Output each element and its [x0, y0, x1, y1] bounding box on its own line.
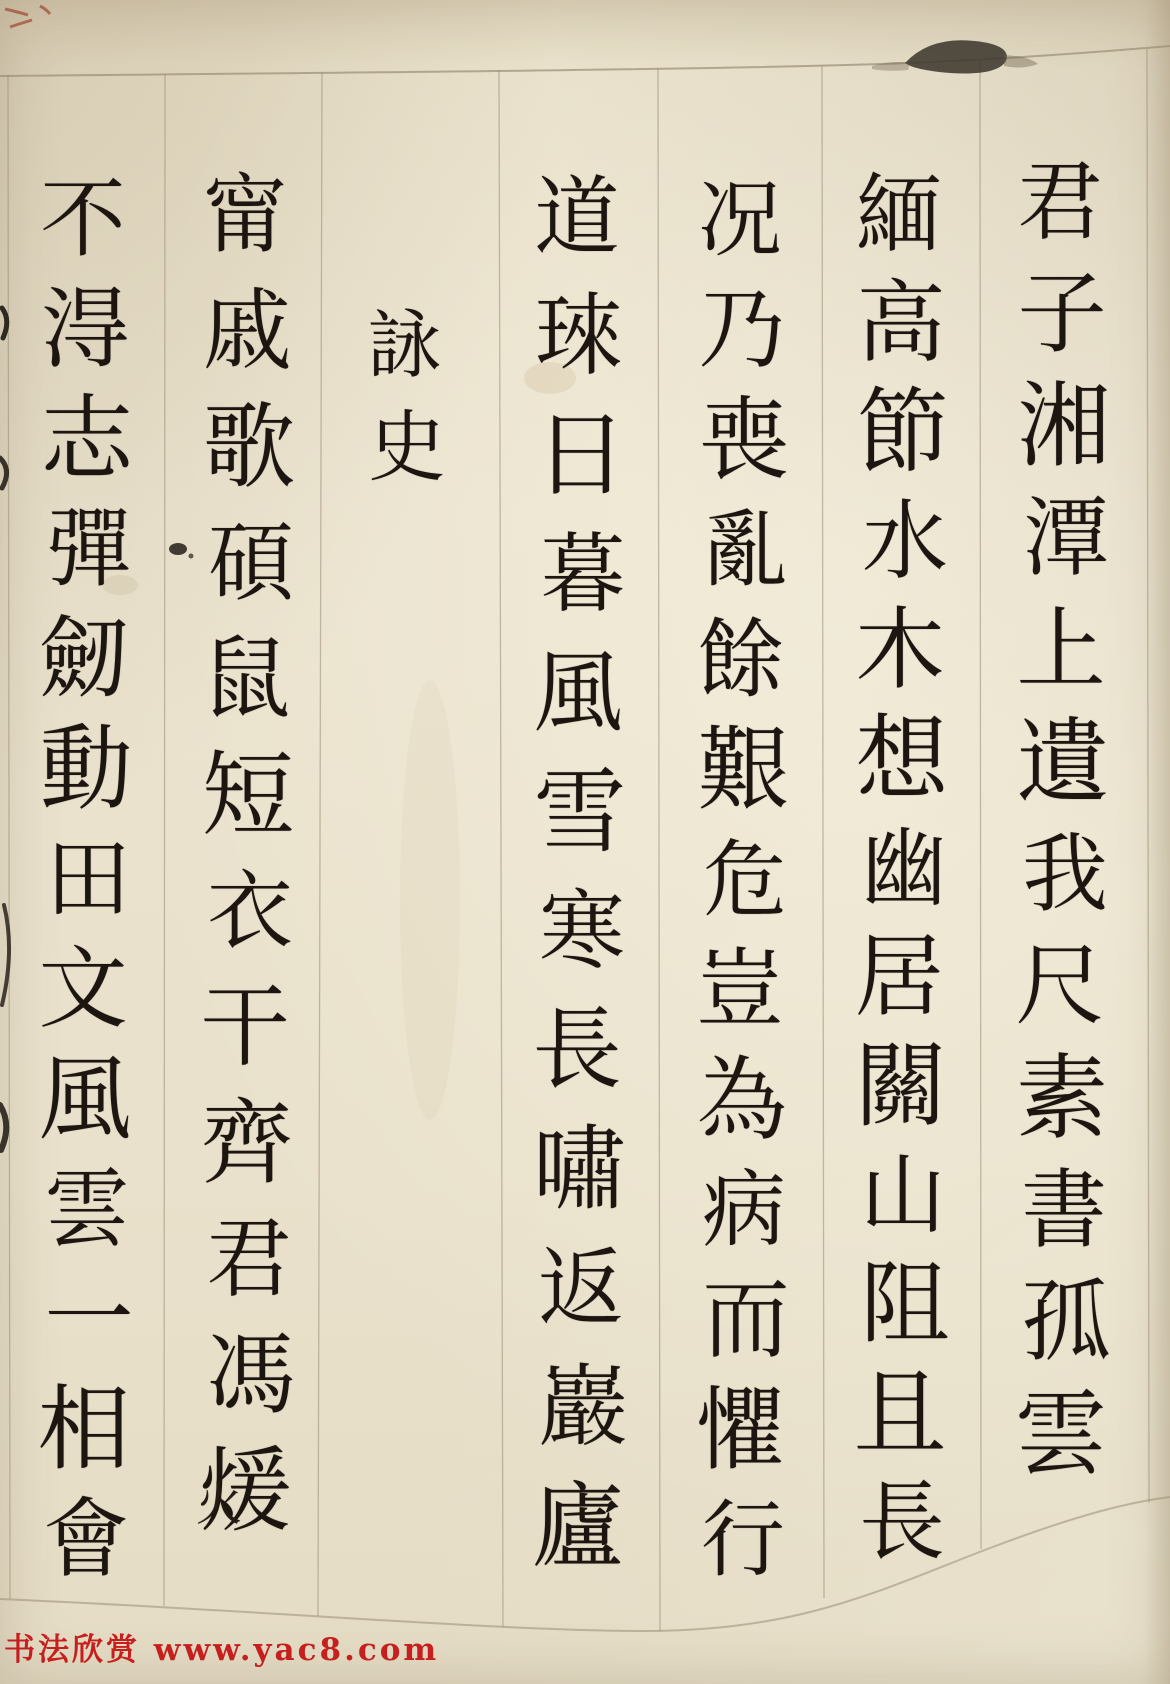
calligraphy-char: 廬 — [496, 1465, 661, 1588]
calligraphy-char: 尺 — [981, 932, 1139, 1043]
watermark: 书法欣赏 www.yac8.com — [4, 1624, 439, 1669]
calligraphy-char: 干 — [166, 971, 324, 1086]
calligraphy-char: 節 — [821, 376, 986, 488]
calligraphy-char: 行 — [667, 1488, 819, 1593]
calligraphy-char: 一 — [10, 1266, 168, 1375]
calligraphy-char: 想 — [820, 703, 985, 815]
calligraphy-char: 志 — [5, 383, 170, 496]
calligraphy-char: 會 — [10, 1488, 162, 1593]
calligraphy-char: 為 — [660, 1043, 825, 1156]
calligraphy-char: 詠 — [329, 298, 481, 395]
calligraphy-char: 動 — [4, 713, 169, 826]
calligraphy-char: 遺 — [981, 705, 1146, 820]
calligraphy-char: 長 — [826, 1471, 978, 1575]
calligraphy-char: 素 — [980, 1041, 1145, 1156]
column-2-poem-text: 緬高節水木想幽居關山阻且長 — [822, 160, 982, 1577]
top-right-ink-smudge — [872, 40, 1038, 73]
calligraphy-char: 而 — [667, 1266, 825, 1375]
calligraphy-char: 高 — [822, 270, 980, 378]
calligraphy-char: 歌 — [167, 388, 332, 507]
calligraphy-char: 危 — [669, 828, 821, 933]
calligraphy-char: 乃 — [663, 276, 821, 385]
calligraphy-char: 鼠 — [167, 623, 325, 738]
calligraphy-char: 嘯 — [497, 1108, 662, 1231]
calligraphy-char: 亂 — [670, 498, 822, 603]
calligraphy-char: 阻 — [826, 1251, 984, 1359]
calligraphy-char: 暮 — [507, 518, 659, 631]
calligraphy-char: 君 — [173, 1205, 325, 1315]
top-left-red-marks — [5, 6, 50, 27]
calligraphy-char: 史 — [328, 398, 486, 499]
calligraphy-char: 湘 — [982, 369, 1147, 484]
calligraphy-char: 餘 — [662, 606, 820, 715]
calligraphy-char: 上 — [982, 596, 1140, 707]
calligraphy-char: 文 — [4, 936, 162, 1045]
calligraphy-char: 山 — [827, 1144, 979, 1248]
calligraphy-char: 相 — [2, 1373, 167, 1486]
calligraphy-char: 况 — [664, 168, 816, 273]
calligraphy-char: 病 — [668, 1158, 820, 1263]
calligraphy-char: 返 — [505, 1232, 657, 1345]
calligraphy-char: 日 — [499, 394, 664, 517]
column-3-poem-text: 况乃喪亂餘艱危豈為病而懼行 — [663, 165, 823, 1595]
calligraphy-char: 衣 — [174, 857, 326, 967]
inserted-small-char: 火 — [196, 1468, 242, 1534]
calligraphy-char: 風 — [3, 1043, 168, 1156]
calligraphy-char: 喪 — [662, 383, 827, 496]
column-4-poem-text: 道琜日暮風雪寒長嘯返巖廬 — [500, 158, 660, 1586]
calligraphy-char: 幽 — [828, 817, 980, 921]
calligraphy-char: 彈 — [13, 498, 165, 603]
calligraphy-char: 水 — [829, 490, 981, 594]
calligraphy-char: 齊 — [165, 1084, 330, 1203]
calligraphy-char: 短 — [166, 736, 331, 855]
calligraphy-char: 劒 — [5, 606, 163, 715]
calligraphy-char: 潭 — [990, 486, 1142, 592]
calligraphy-char: 不 — [7, 168, 159, 273]
calligraphy-char: 雪 — [498, 751, 663, 874]
calligraphy-char: 風 — [499, 635, 657, 753]
calligraphy-char: 田 — [12, 828, 164, 933]
calligraphy-char: 書 — [988, 1158, 1140, 1264]
calligraphy-char: 木 — [821, 597, 979, 705]
calligraphy-char: 孤 — [987, 1268, 1145, 1379]
manuscript-page: 君子湘潭上遺我尺素書孤雲緬高節水木想幽居關山阻且長况乃喪亂餘艱危豈為病而懼行道琜… — [0, 0, 1170, 1684]
calligraphy-char: 長 — [498, 992, 656, 1110]
calligraphy-char: 居 — [820, 924, 978, 1032]
calligraphy-char: 碩 — [175, 509, 327, 619]
calligraphy-char: 淂 — [6, 276, 164, 385]
calligraphy-char: 馮 — [172, 1319, 330, 1434]
calligraphy-char: 寒 — [506, 875, 658, 988]
calligraphy-char: 緬 — [823, 163, 975, 267]
calligraphy-char: 巖 — [504, 1349, 662, 1467]
column-6-poem-text: 甯戚歌碩鼠短衣干齊君馮煖 — [168, 158, 328, 1550]
calligraphy-char: 煖 — [164, 1432, 329, 1551]
calligraphy-char: 雲 — [11, 1158, 163, 1263]
calligraphy-char: 戚 — [168, 275, 326, 390]
calligraphy-char: 道 — [501, 161, 653, 274]
calligraphy-char: 豈 — [661, 936, 819, 1045]
calligraphy-char: 琜 — [500, 278, 658, 396]
calligraphy-char: 關 — [819, 1030, 984, 1142]
calligraphy-char: 懼 — [659, 1373, 824, 1486]
column-5-poem-title: 詠史 — [328, 295, 488, 499]
column-7-poem-text: 不淂志彈劒動田文風雲一相會 — [6, 165, 166, 1595]
calligraphy-char: 君 — [984, 150, 1136, 256]
calligraphy-char: 艱 — [661, 713, 826, 826]
calligraphy-char: 且 — [818, 1357, 983, 1469]
calligraphy-char: 子 — [983, 260, 1141, 371]
calligraphy-char: 甯 — [169, 161, 321, 271]
calligraphy-char: 雲 — [979, 1377, 1144, 1492]
column-1-poem-text: 君子湘潭上遺我尺素書孤雲 — [983, 147, 1143, 1491]
calligraphy-char: 我 — [989, 822, 1141, 928]
